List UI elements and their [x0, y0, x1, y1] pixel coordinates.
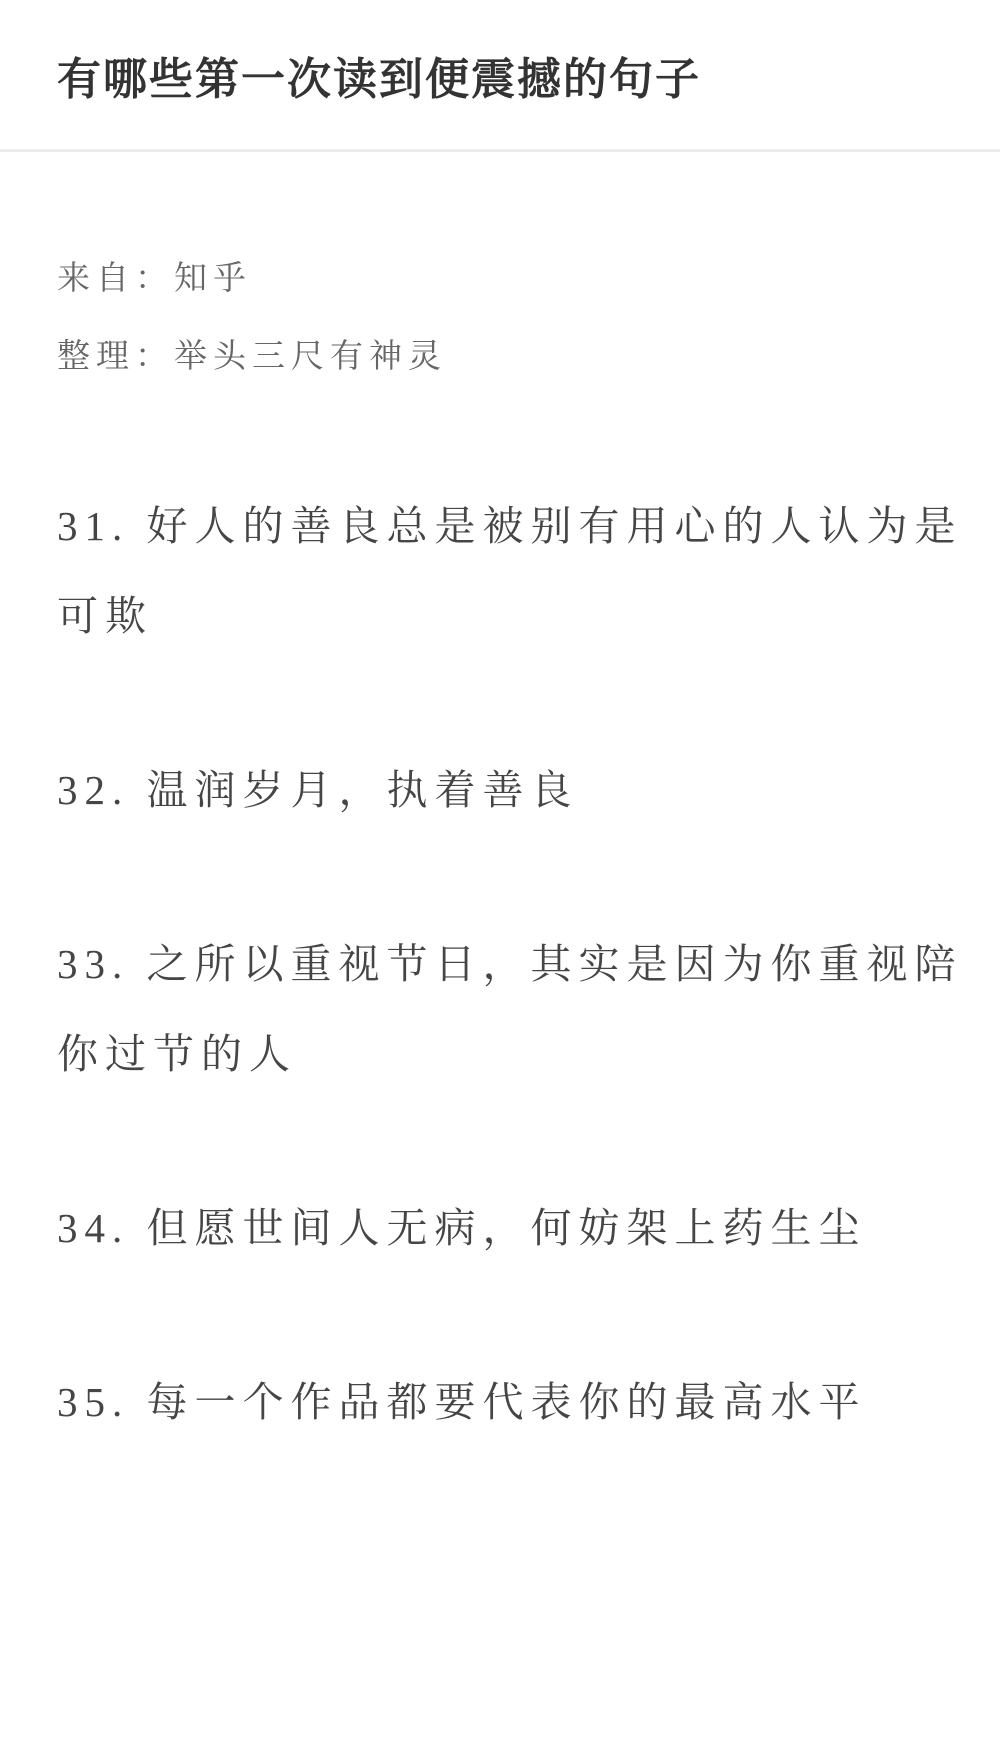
quote-line: 34. 但愿世间人无病，何妨架上药生尘 — [57, 1183, 920, 1273]
quote-item-32: 32. 温润岁月，执着善良 — [57, 745, 920, 835]
meta-compiler: 整理：举头三尺有神灵 — [57, 336, 920, 378]
article-header: 有哪些第一次读到便震撼的句子 — [0, 56, 1000, 104]
quote-line: 33. 之所以重视节日，其实是因为你重视陪 — [57, 919, 920, 1009]
quote-line: 35. 每一个作品都要代表你的最高水平 — [57, 1357, 920, 1447]
quote-item-33: 33. 之所以重视节日，其实是因为你重视陪 你过节的人 — [57, 919, 920, 1099]
quote-item-34: 34. 但愿世间人无病，何妨架上药生尘 — [57, 1183, 920, 1273]
quote-item-35: 35. 每一个作品都要代表你的最高水平 — [57, 1357, 920, 1447]
quote-line: 32. 温润岁月，执着善良 — [57, 745, 920, 835]
header-divider — [0, 149, 1000, 152]
page-title: 有哪些第一次读到便震撼的句子 — [57, 56, 940, 104]
article-page: 有哪些第一次读到便震撼的句子 来自：知乎 整理：举头三尺有神灵 31. 好人的善… — [0, 0, 1000, 1748]
quote-line: 可欺 — [57, 571, 920, 661]
quote-item-31: 31. 好人的善良总是被别有用心的人认为是 可欺 — [57, 481, 920, 661]
article-body: 来自：知乎 整理：举头三尺有神灵 31. 好人的善良总是被别有用心的人认为是 可… — [0, 258, 1000, 1447]
quote-line: 你过节的人 — [57, 1009, 920, 1099]
meta-source: 来自：知乎 — [57, 258, 920, 300]
quote-line: 31. 好人的善良总是被别有用心的人认为是 — [57, 481, 920, 571]
